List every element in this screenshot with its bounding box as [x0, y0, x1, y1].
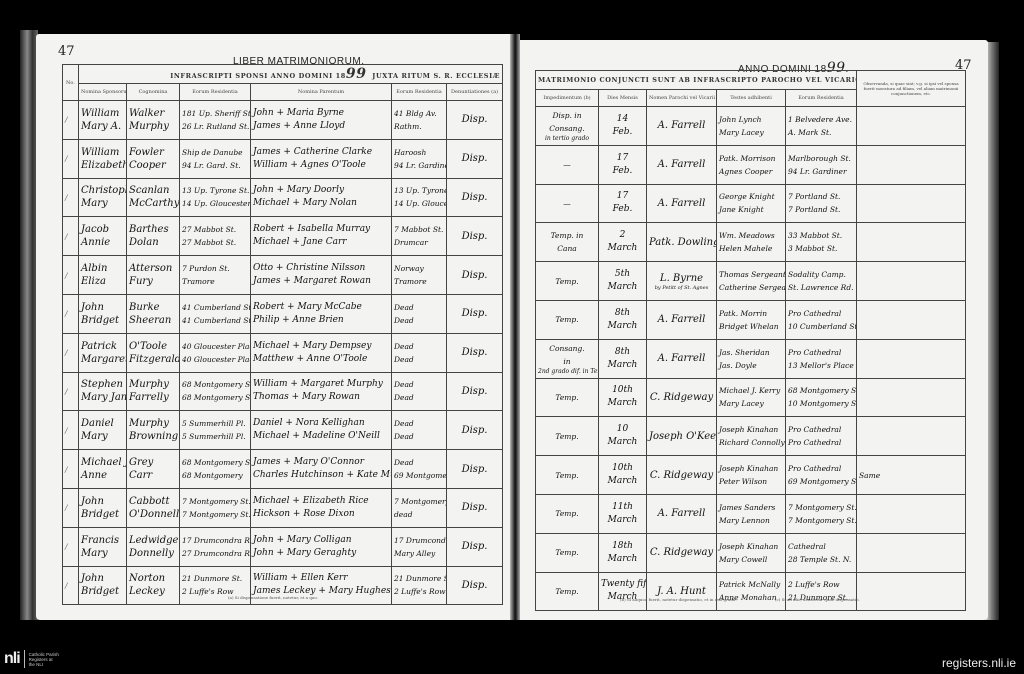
bride-residence: 27 Drumcondra Rd. [182, 547, 248, 560]
impedimentum-line-1: Temp. [538, 275, 596, 288]
col-dies-mensis: Dies Mensis [599, 90, 647, 107]
surnames-cell: LedwidgeDonnelly [127, 527, 180, 566]
impedimentum-line-1: Temp. [538, 430, 596, 443]
day-value: 11th [601, 501, 644, 514]
parents-names-cell: Robert + Isabella MurrayMichael + Jane C… [251, 217, 392, 256]
bride-residence: 68 Montgomery [182, 469, 248, 482]
witness-2: Bridget Whelan [719, 320, 783, 333]
bride-surname: Cooper [129, 159, 177, 172]
priest-cell: A. Farrell [647, 494, 717, 533]
witness-residence-cell: Marlborough St.94 Lr. Gardiner [786, 145, 857, 184]
spouse-names-cell: Michael JosephAnne [79, 450, 127, 489]
bride-surname: Fitzgerald [129, 353, 177, 366]
impedimentum-cell: Temp. [536, 417, 599, 456]
denuntiationes-value: Disp. [449, 579, 500, 592]
parents-residence-1: 21 Dunmore St. [394, 572, 444, 585]
impedimentum-cell: Temp. [536, 572, 599, 611]
denuntiationes-value: Disp. [449, 346, 500, 359]
parents-residence-2: 2 Luffe's Row [394, 585, 444, 598]
register-row: /ChristopherMaryScanlanMcCarthy13 Up. Ty… [63, 178, 503, 217]
col-testes: Testes adhibenti [717, 90, 786, 107]
bride-residence: Tramore [182, 275, 248, 288]
col-cognomina: Cognomina [127, 84, 180, 101]
register-row: /JohnBridgetBurkeSheeran41 Cumberland St… [63, 294, 503, 333]
month-value: March [601, 320, 644, 333]
denuntiationes-value: Disp. [449, 501, 500, 514]
witness-residence-2: Pro Cathedral [788, 436, 854, 449]
day-month-cell: 17Feb. [599, 145, 647, 184]
spouse-names-cell: StephenMary Jane [79, 372, 127, 411]
parents-names-cell: John + Maria ByrneJames + Anne Lloyd [251, 101, 392, 140]
day-value: 8th [601, 346, 644, 359]
groom-name: Daniel [81, 417, 124, 430]
groom-name: Christopher [81, 184, 124, 197]
denuntiationes-cell: Disp. [447, 139, 503, 178]
col-impedimentum: Impedimentum (b) [536, 90, 599, 107]
witness-residence-cell: 68 Montgomery St.10 Montgomery St. [786, 378, 857, 417]
month-value: March [601, 475, 644, 488]
priest-name: L. Byrne [649, 272, 714, 285]
col-denuntiationes: Denuntiationes (a) [447, 84, 503, 101]
witness-1: Joseph Kinahan [719, 540, 783, 553]
parents-residence-1: 41 Bldg Av. [394, 107, 444, 120]
observanda-cell [857, 378, 966, 417]
spouse-names-cell: JohnBridget [79, 294, 127, 333]
groom-residence: 68 Montgomery St. [182, 456, 248, 469]
groom-parents: James + Mary O'Connor [253, 456, 389, 469]
parents-names-cell: Michael + Mary DempseyMatthew + Anne O'T… [251, 333, 392, 372]
groom-residence: Ship de Danube [182, 146, 248, 159]
col-nomina-parentum: Nomina Parentum [251, 84, 392, 101]
denuntiationes-value: Disp. [449, 424, 500, 437]
spouse-names-cell: DanielMary [79, 411, 127, 450]
register-row: —17Feb.A. FarrellPatk. MorrisonAgnes Coo… [536, 145, 966, 184]
groom-name: Jacob [81, 223, 124, 236]
day-value: 10th [601, 462, 644, 475]
groom-residence: 7 Montgomery St. [182, 495, 248, 508]
impedimentum-cell: Temp. [536, 494, 599, 533]
observanda-cell: Same [857, 456, 966, 495]
col-nomen-parochi: Nomen Parochi vel Vicarii (c) [647, 90, 717, 107]
denuntiationes-cell: Disp. [447, 566, 503, 605]
witness-residence-1: Pro Cathedral [788, 423, 854, 436]
witness-residence-1: 1 Belvedere Ave. [788, 113, 854, 126]
parents-names-cell: James + Catherine ClarkeWilliam + Agnes … [251, 139, 392, 178]
row-number-cell: / [63, 450, 79, 489]
no-header: No. [63, 65, 79, 101]
parents-residence-cell: DeadDead [392, 294, 447, 333]
groom-name: Stephen [81, 378, 124, 391]
row-number-cell: / [63, 256, 79, 295]
groom-name: Francis [81, 534, 124, 547]
denuntiationes-cell: Disp. [447, 527, 503, 566]
spouse-names-cell: WilliamElizabeth [79, 139, 127, 178]
bride-residence: 14 Up. Gloucester Pl. [182, 197, 248, 210]
register-row: Temp.18thMarchC. RidgewayJoseph KinahanM… [536, 533, 966, 572]
left-footnote: (a) Si dispensatione fuerit, notetur, et… [228, 595, 318, 600]
register-row: /FrancisMaryLedwidgeDonnelly17 Drumcondr… [63, 527, 503, 566]
bride-residence: 7 Montgomery St. [182, 508, 248, 521]
impedimentum-line-1: Disp. in [538, 109, 596, 122]
col-parents-residentia: Eorum Residentia [392, 84, 447, 101]
day-month-cell: 2March [599, 223, 647, 262]
spouse-residence-cell: 181 Up. Sheriff St.26 Lr. Rutland St. [180, 101, 251, 140]
impedimentum-cell: — [536, 145, 599, 184]
impedimentum-line-1: Temp. [538, 546, 596, 559]
parents-names-cell: Daniel + Nora KellighanMichael + Madelin… [251, 411, 392, 450]
observanda-cell [857, 300, 966, 339]
bride-parents: Michael + Mary Nolan [253, 197, 389, 210]
spouse-residence-cell: 68 Montgomery St.68 Montgomery [180, 450, 251, 489]
register-row: Temp.5thMarchL. Byrneby Petitt of St. Ag… [536, 262, 966, 301]
witnesses-cell: Michael J. KerryMary Lacey [717, 378, 786, 417]
day-value: 10 [601, 423, 644, 436]
priest-name: J. A. Hunt [649, 585, 714, 598]
witness-residence-1: Pro Cathedral [788, 462, 854, 475]
observanda-cell [857, 184, 966, 223]
month-value: Feb. [601, 203, 644, 216]
month-value: March [601, 514, 644, 527]
groom-parents: John + Mary Doorly [253, 184, 389, 197]
spouse-residence-cell: 68 Montgomery St.68 Montgomery St. [180, 372, 251, 411]
surnames-cell: BurkeSheeran [127, 294, 180, 333]
witness-residence-1: Pro Cathedral [788, 346, 854, 359]
denuntiationes-cell: Disp. [447, 178, 503, 217]
spouse-names-cell: PatrickMargaret [79, 333, 127, 372]
witness-residence-cell: Sodality Camp.St. Lawrence Rd. [786, 262, 857, 301]
witness-residence-2: 10 Cumberland St. [788, 320, 854, 333]
col-observanda: Observanda, si quae sint; v.g. si ipsi v… [857, 71, 966, 107]
day-month-cell: 14Feb. [599, 107, 647, 146]
witness-residence-cell: Pro Cathedral13 Mellor's Place [786, 339, 857, 378]
parents-names-cell: Michael + Elizabeth RiceHickson + Rose D… [251, 488, 392, 527]
bride-surname: Carr [129, 469, 177, 482]
bride-surname: Fury [129, 275, 177, 288]
col-nomina-sponsorum: Nomina Sponsorum [79, 84, 127, 101]
groom-residence: 7 Purdon St. [182, 262, 248, 275]
groom-surname: Grey [129, 456, 177, 469]
observanda-value: Same [859, 469, 963, 482]
parents-residence-1: Dead [394, 378, 444, 391]
bride-name: Mary [81, 547, 124, 560]
witness-1: Joseph Kinahan [719, 423, 783, 436]
bride-name: Anne [81, 469, 124, 482]
bride-name: Bridget [81, 585, 124, 598]
witnesses-cell: Patrick McNallyAnne Monahan [717, 572, 786, 611]
witness-residence-cell: Pro CathedralPro Cathedral [786, 417, 857, 456]
priest-name: A. Farrell [649, 119, 714, 132]
witness-residence-1: 2 Luffe's Row [788, 578, 854, 591]
observanda-cell [857, 145, 966, 184]
groom-name: William [81, 107, 124, 120]
parents-residence-cell: DeadDead [392, 333, 447, 372]
month-value: March [601, 242, 644, 255]
nli-logo[interactable]: nli Catholic Parish Registers at the NLI [4, 650, 59, 668]
groom-surname: Fowler [129, 146, 177, 159]
bride-parents: Charles Hutchinson + Kate Murphy [253, 469, 389, 482]
witness-1: George Knight [719, 190, 783, 203]
tick-mark: / [65, 540, 76, 553]
parents-names-cell: Robert + Mary McCabePhilip + Anne Brien [251, 294, 392, 333]
row-number-cell: / [63, 294, 79, 333]
groom-parents: Otto + Christine Nilsson [253, 262, 389, 275]
bride-residence: 27 Mabbot St. [182, 236, 248, 249]
row-number-cell: / [63, 411, 79, 450]
priest-cell: C. Ridgeway [647, 378, 717, 417]
spouse-names-cell: FrancisMary [79, 527, 127, 566]
witness-residence-1: Pro Cathedral [788, 307, 854, 320]
parents-names-cell: John + Mary DoorlyMichael + Mary Nolan [251, 178, 392, 217]
groom-parents: Michael + Elizabeth Rice [253, 495, 389, 508]
witness-1: Thomas Sergeant [719, 268, 783, 281]
witness-residence-2: 94 Lr. Gardiner [788, 165, 854, 178]
groom-parents: William + Margaret Murphy [253, 378, 389, 391]
impedimentum-cell: Temp. [536, 456, 599, 495]
denuntiationes-cell: Disp. [447, 372, 503, 411]
row-number-cell: / [63, 333, 79, 372]
month-value: March [601, 553, 644, 566]
spouse-residence-cell: 41 Cumberland St.41 Cumberland St. [180, 294, 251, 333]
parents-residence-cell: Haroosh94 Lr. Gardiner St. [392, 139, 447, 178]
row-number-cell: / [63, 566, 79, 605]
register-row: /Michael JosephAnneGreyCarr68 Montgomery… [63, 450, 503, 489]
register-row: Temp.Twenty fifthMarchJ. A. HuntPatrick … [536, 572, 966, 611]
groom-name: Albin [81, 262, 124, 275]
day-value: 18th [601, 540, 644, 553]
parents-residence-2: Dead [394, 391, 444, 404]
parents-residence-cell: 17 DrumcondraMary Alley [392, 527, 447, 566]
row-number-cell: / [63, 488, 79, 527]
witness-residence-1: 7 Montgomery St. [788, 501, 854, 514]
parents-residence-2: Dead [394, 430, 444, 443]
day-value: 17 [601, 152, 644, 165]
witnesses-cell: Joseph KinahanMary Cowell [717, 533, 786, 572]
groom-name: William [81, 146, 124, 159]
witnesses-cell: Thomas SergeantCatherine Sergeant [717, 262, 786, 301]
col-testes-residentia: Eorum Residentia [786, 90, 857, 107]
register-row: Disp. inConsang.in tertio grado14Feb.A. … [536, 107, 966, 146]
bride-residence: 41 Cumberland St. [182, 314, 248, 327]
surnames-cell: AttersonFury [127, 256, 180, 295]
register-row: /WilliamElizabethFowlerCooperShip de Dan… [63, 139, 503, 178]
witness-1: Patrick McNally [719, 578, 783, 591]
witness-2: Richard Connolly [719, 436, 783, 449]
groom-residence: 5 Summerhill Pl. [182, 417, 248, 430]
tick-mark: / [65, 269, 76, 282]
witness-residence-2: 3 Mabbot St. [788, 242, 854, 255]
spouse-residence-cell: 40 Gloucester Place40 Gloucester Place [180, 333, 251, 372]
denuntiationes-value: Disp. [449, 113, 500, 126]
observanda-cell [857, 223, 966, 262]
observanda-cell [857, 262, 966, 301]
groom-residence: 68 Montgomery St. [182, 378, 248, 391]
groom-parents: Robert + Mary McCabe [253, 301, 389, 314]
month-value: Feb. [601, 165, 644, 178]
month-value: Feb. [601, 126, 644, 139]
bride-residence: 68 Montgomery St. [182, 391, 248, 404]
spouse-names-cell: WilliamMary A. [79, 101, 127, 140]
priest-name: A. Farrell [649, 313, 714, 326]
impedimentum-line-2: Consang. [538, 122, 596, 135]
witness-2: Mary Lennon [719, 514, 783, 527]
witness-1: Jas. Sheridan [719, 346, 783, 359]
parents-names-cell: Otto + Christine NilssonJames + Margaret… [251, 256, 392, 295]
parents-residence-1: 7 Mabbot St. [394, 223, 444, 236]
witnesses-cell: Patk. MorrinBridget Whelan [717, 300, 786, 339]
right-footnote-c: (c) Si ad alio, denotetur quae dispensat… [775, 597, 860, 602]
parents-residence-2: Dead [394, 314, 444, 327]
surnames-cell: ScanlanMcCarthy [127, 178, 180, 217]
right-banner: MATRIMONIO CONJUNCTI SUNT AB INFRASCRIPT… [536, 71, 857, 90]
site-url-link[interactable]: registers.nli.ie [942, 656, 1016, 670]
nli-logo-divider [24, 650, 25, 668]
priest-name: Patk. Dowling [649, 236, 714, 249]
spouse-names-cell: ChristopherMary [79, 178, 127, 217]
bride-residence: 5 Summerhill Pl. [182, 430, 248, 443]
spouse-residence-cell: Ship de Danube94 Lr. Gard. St. [180, 139, 251, 178]
surnames-cell: CabbottO'Donnell [127, 488, 180, 527]
bride-parents: Matthew + Anne O'Toole [253, 353, 389, 366]
witness-residence-1: Sodality Camp. [788, 268, 854, 281]
bride-name: Mary A. [81, 120, 124, 133]
groom-surname: Barthes [129, 223, 177, 236]
denuntiationes-value: Disp. [449, 307, 500, 320]
denuntiationes-cell: Disp. [447, 217, 503, 256]
groom-surname: Walker [129, 107, 177, 120]
spouse-residence-cell: 13 Up. Tyrone St.14 Up. Gloucester Pl. [180, 178, 251, 217]
right-footnote-b: (b) Si aliquod fuerit, notetur dispensat… [620, 597, 737, 602]
denuntiationes-cell: Disp. [447, 411, 503, 450]
witness-residence-cell: Pro Cathedral69 Montgomery St. [786, 456, 857, 495]
groom-parents: James + Catherine Clarke [253, 146, 389, 159]
parents-names-cell: John + Mary ColliganJohn + Mary Geraghty [251, 527, 392, 566]
tick-mark: / [65, 307, 76, 320]
register-row: /StephenMary JaneMurphyFarrelly68 Montgo… [63, 372, 503, 411]
register-row: /JohnBridgetCabbottO'Donnell7 Montgomery… [63, 488, 503, 527]
groom-parents: John + Maria Byrne [253, 107, 389, 120]
bride-parents: Thomas + Mary Rowan [253, 391, 389, 404]
denuntiationes-value: Disp. [449, 191, 500, 204]
day-month-cell: Twenty fifthMarch [599, 572, 647, 611]
denuntiationes-cell: Disp. [447, 294, 503, 333]
parents-residence-2: Drumcar [394, 236, 444, 249]
tick-mark: / [65, 424, 76, 437]
witness-residence-cell: 7 Portland St.7 Portland St. [786, 184, 857, 223]
parents-residence-2: dead [394, 508, 444, 521]
witnesses-cell: James SandersMary Lennon [717, 494, 786, 533]
priest-name: A. Farrell [649, 352, 714, 365]
witnesses-cell: Wm. MeadowsHelen Mahele [717, 223, 786, 262]
bride-surname: Dolan [129, 236, 177, 249]
bride-surname: Sheeran [129, 314, 177, 327]
month-value: March [601, 281, 644, 294]
banner-suffix: JUXTA RITUM S. R. ECCLESIÆ [372, 72, 500, 80]
day-value: 2 [601, 229, 644, 242]
priest-cell: Patk. Dowling [647, 223, 717, 262]
priest-cell: A. Farrell [647, 339, 717, 378]
impedimentum-line-1: — [538, 158, 596, 171]
bride-name: Bridget [81, 508, 124, 521]
priest-cell: C. Ridgeway [647, 533, 717, 572]
parents-residence-1: 7 Montgomery St. [394, 495, 444, 508]
impedimentum-line-3: in tertio grado [538, 135, 596, 143]
parents-residence-cell: 41 Bldg Av.Rathm. [392, 101, 447, 140]
witnesses-cell: John LynchMary Lacey [717, 107, 786, 146]
parents-residence-2: Mary Alley [394, 547, 444, 560]
spouse-residence-cell: 27 Mabbot St.27 Mabbot St. [180, 217, 251, 256]
denuntiationes-cell: Disp. [447, 450, 503, 489]
witness-1: James Sanders [719, 501, 783, 514]
nli-logo-mark: nli [4, 650, 20, 668]
priest-cell: J. A. Hunt [647, 572, 717, 611]
tick-mark: / [65, 152, 76, 165]
row-number-cell: / [63, 101, 79, 140]
denuntiationes-value: Disp. [449, 269, 500, 282]
impedimentum-cell: — [536, 184, 599, 223]
groom-surname: Burke [129, 301, 177, 314]
register-row: —17Feb.A. FarrellGeorge KnightJane Knigh… [536, 184, 966, 223]
witness-residence-cell: Cathedral28 Temple St. N. [786, 533, 857, 572]
bride-parents: William + Agnes O'Toole [253, 159, 389, 172]
parents-residence-1: Dead [394, 340, 444, 353]
tick-mark: / [65, 385, 76, 398]
parents-residence-1: Norway [394, 262, 444, 275]
groom-residence: 13 Up. Tyrone St. [182, 184, 248, 197]
day-month-cell: 5thMarch [599, 262, 647, 301]
bride-parents: Michael + Madeline O'Neill [253, 430, 389, 443]
day-month-cell: 11thMarch [599, 494, 647, 533]
row-number-cell: / [63, 217, 79, 256]
groom-residence: 181 Up. Sheriff St. [182, 107, 248, 120]
impedimentum-line-1: Temp. [538, 391, 596, 404]
groom-surname: O'Toole [129, 340, 177, 353]
groom-name: Patrick [81, 340, 124, 353]
bride-surname: Farrelly [129, 391, 177, 404]
parents-residence-cell: DeadDead [392, 411, 447, 450]
groom-surname: Cabbott [129, 495, 177, 508]
priest-cell: A. Farrell [647, 145, 717, 184]
observanda-cell [857, 494, 966, 533]
register-row: /DanielMaryMurphyBrowning5 Summerhill Pl… [63, 411, 503, 450]
impedimentum-cell: Temp. [536, 262, 599, 301]
groom-parents: Michael + Mary Dempsey [253, 340, 389, 353]
day-value: 10th [601, 384, 644, 397]
parents-residence-cell: NorwayTramore [392, 256, 447, 295]
denuntiationes-cell: Disp. [447, 488, 503, 527]
parents-residence-1: Dead [394, 417, 444, 430]
priest-name: C. Ridgeway [649, 391, 714, 404]
bride-parents: Michael + Jane Carr [253, 236, 389, 249]
impedimentum-line-1: Temp. [538, 469, 596, 482]
parents-residence-cell: DeadDead [392, 372, 447, 411]
register-row: /JacobAnnieBarthesDolan27 Mabbot St.27 M… [63, 217, 503, 256]
surnames-cell: BarthesDolan [127, 217, 180, 256]
day-value: Twenty fifth [601, 578, 644, 591]
row-number-cell: / [63, 527, 79, 566]
witness-1: Patk. Morrin [719, 307, 783, 320]
witnesses-cell: Jas. SheridanJas. Doyle [717, 339, 786, 378]
witnesses-cell: Joseph KinahanRichard Connolly [717, 417, 786, 456]
register-row: /WilliamMary A.WalkerMurphy181 Up. Sheri… [63, 101, 503, 140]
witness-2: Catherine Sergeant [719, 281, 783, 294]
priest-name: A. Farrell [649, 158, 714, 171]
witness-2: Helen Mahele [719, 242, 783, 255]
bride-parents: James + Margaret Rowan [253, 275, 389, 288]
witness-residence-2: 13 Mellor's Place [788, 359, 854, 372]
witness-residence-1: 68 Montgomery St. [788, 384, 854, 397]
parents-residence-2: Rathm. [394, 120, 444, 133]
day-month-cell: 10thMarch [599, 378, 647, 417]
